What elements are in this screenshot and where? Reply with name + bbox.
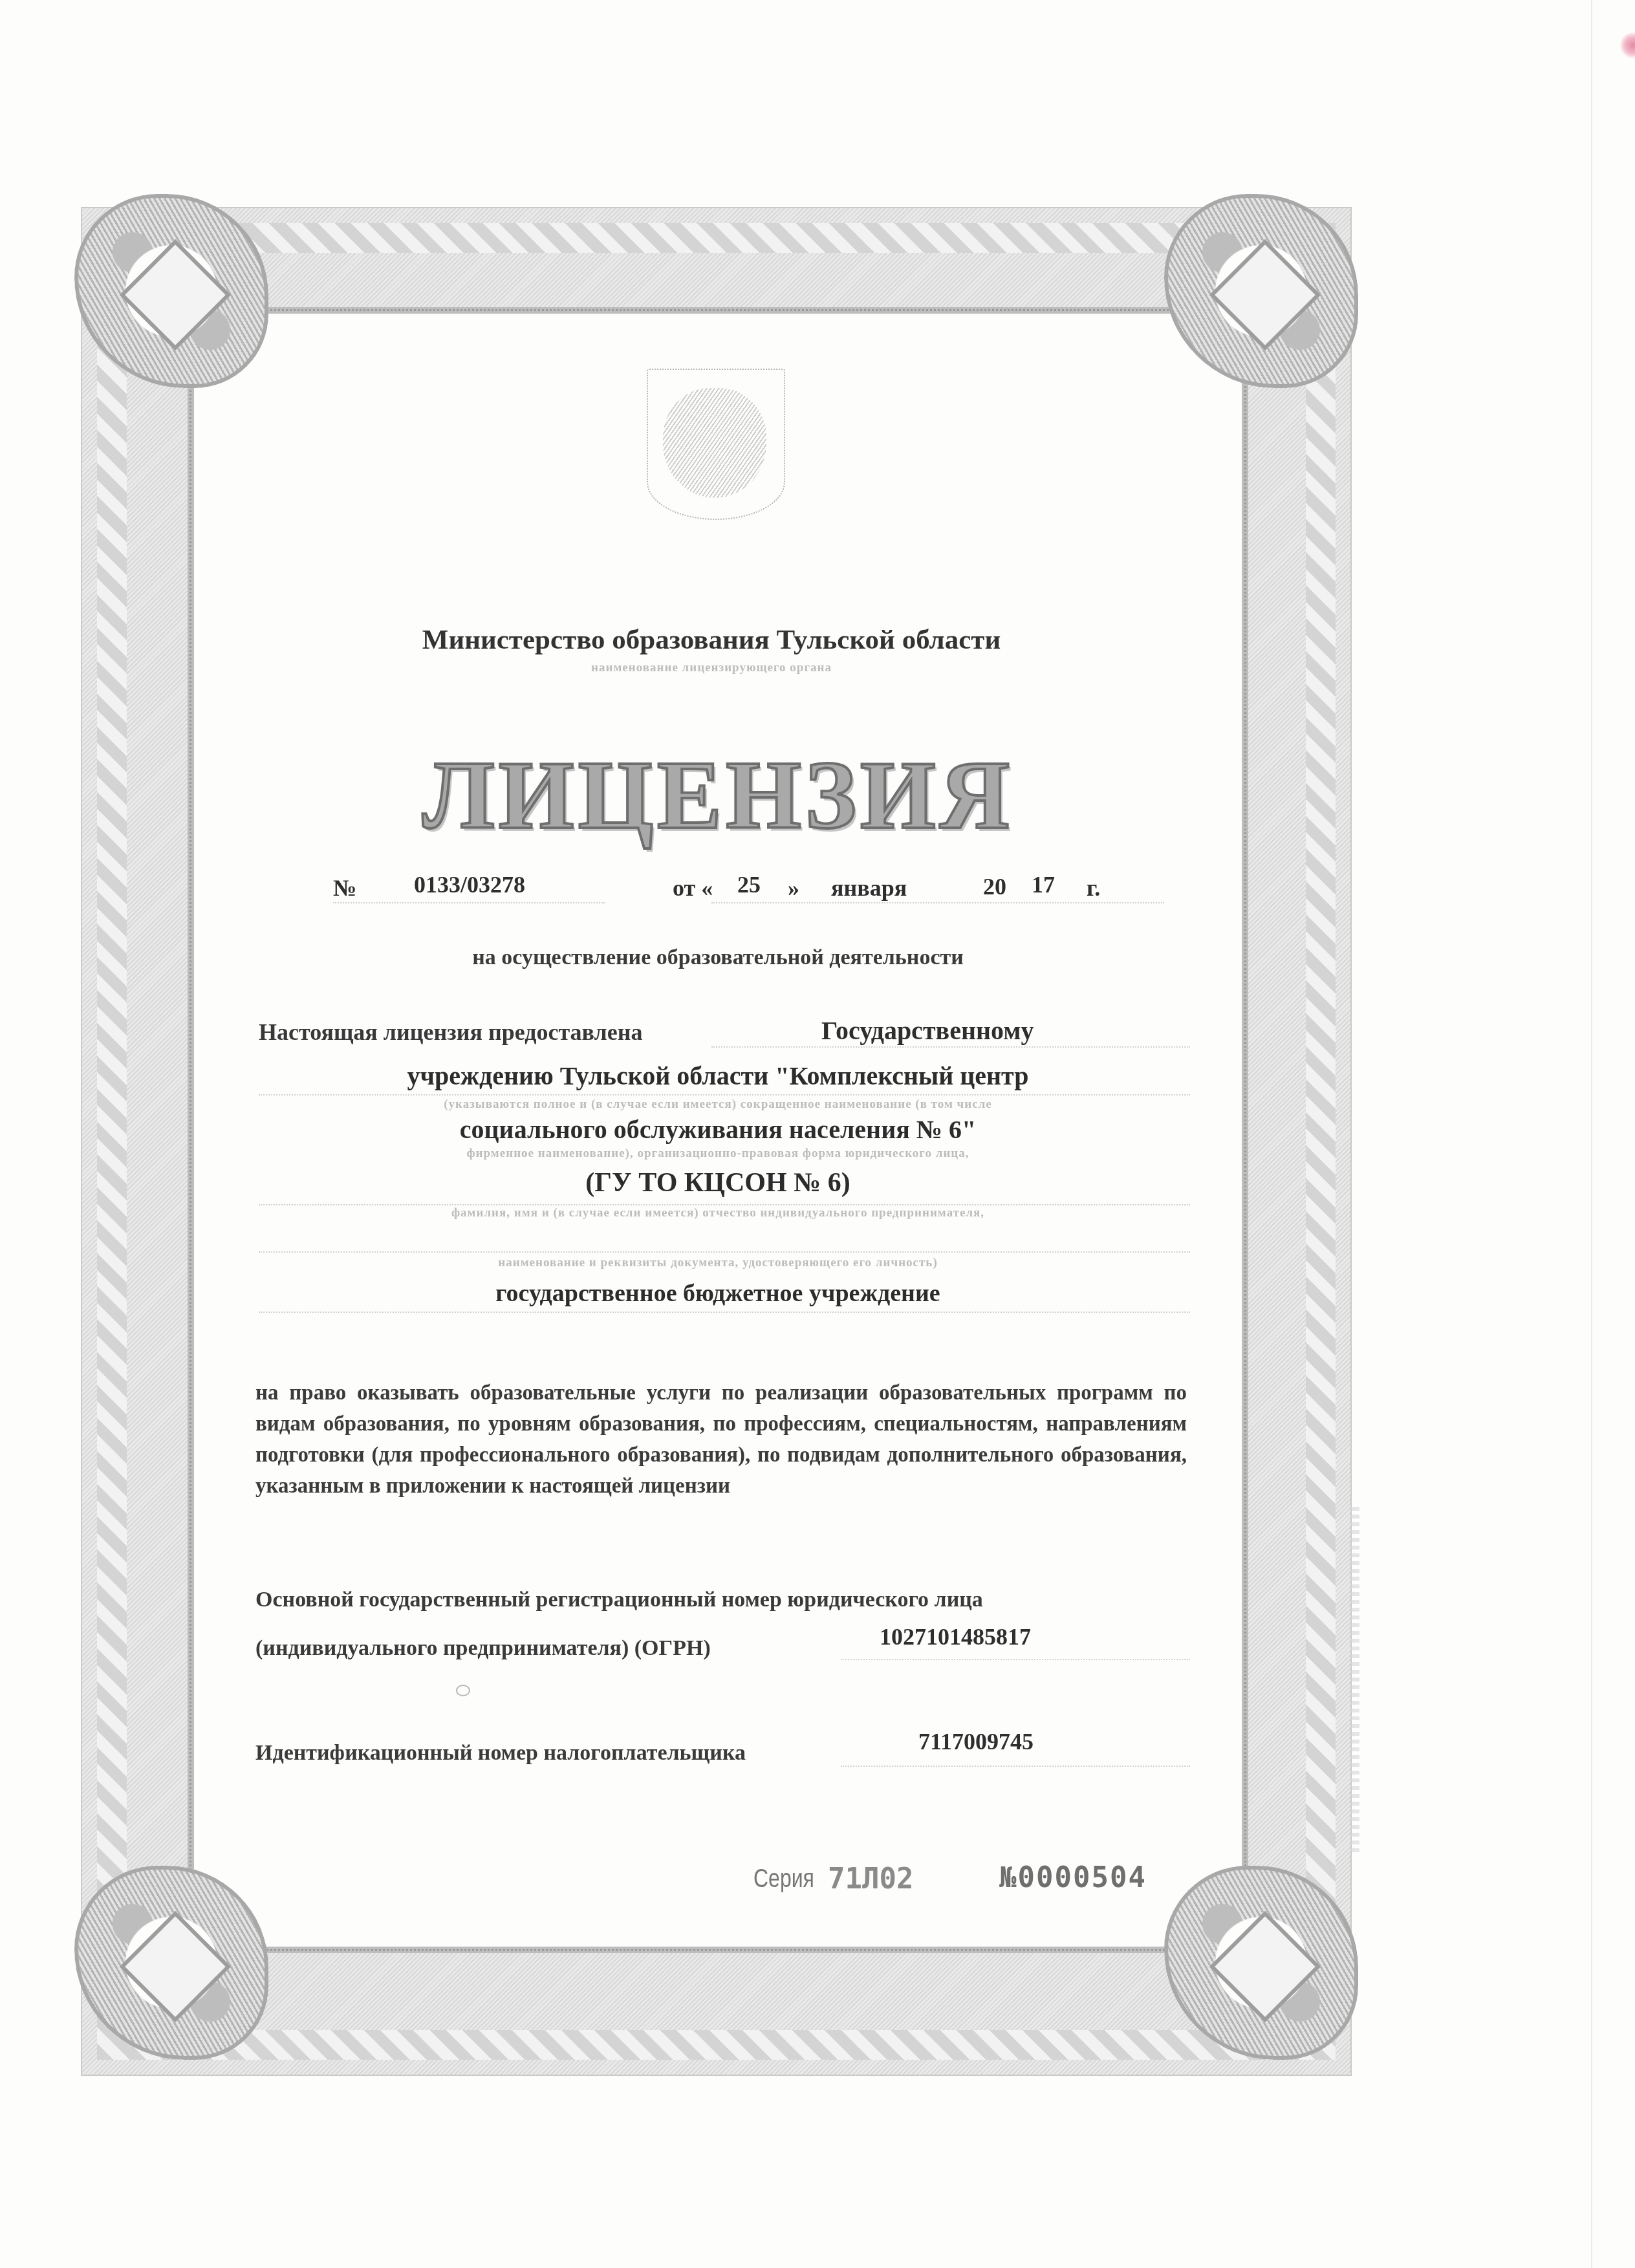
double-headed-eagle-icon (663, 388, 766, 498)
form-caption: наименование и реквизиты документа, удос… (246, 1256, 1190, 1270)
ogrn-value: 1027101485817 (880, 1623, 1031, 1650)
date-day: 25 (737, 871, 761, 898)
blank-series-value: 71Л02 (828, 1863, 913, 1895)
underline (841, 1659, 1190, 1660)
licensee-short-name: (ГУ ТО КЦСОН № 6) (246, 1167, 1190, 1198)
issuing-authority: Министерство образования Тульской област… (388, 624, 1035, 656)
form-caption: фирменное наименование), организационно-… (246, 1147, 1190, 1161)
ogrn-label-line-2: (индивидуального предпринимателя) (ОГРН) (255, 1636, 711, 1661)
licensee-name-line-1: Государственному (821, 1015, 1034, 1046)
form-caption: фамилия, имя и (в случае если имеется) о… (246, 1206, 1190, 1220)
underline (841, 1766, 1190, 1767)
license-rights-text: на право оказывать образовательные услуг… (255, 1377, 1187, 1502)
number-sign: № (333, 874, 356, 902)
inn-value: 7117009745 (918, 1728, 1034, 1755)
date-year-prefix: 20 (983, 873, 1006, 900)
date-quote-close: » (788, 874, 799, 902)
underline (259, 1094, 1190, 1096)
licensee-name-line-2: учреждению Тульской области "Комплексный… (246, 1061, 1190, 1091)
underline (711, 902, 1164, 903)
inn-label: Идентификационный номер налогоплательщик… (255, 1741, 746, 1766)
license-purpose: на осуществление образовательной деятель… (375, 945, 1061, 970)
underline (711, 1046, 1190, 1048)
issuing-authority-caption: наименование лицензирующего органа (388, 661, 1035, 675)
printer-imprint (1350, 1507, 1359, 1856)
licensee-legal-form: государственное бюджетное учреждение (246, 1279, 1190, 1308)
underline (259, 1251, 1190, 1253)
underline (259, 1204, 1190, 1205)
blank-number: №0000504 (999, 1861, 1147, 1894)
blank-series-label: Серия (753, 1864, 814, 1894)
form-caption: (указываются полное и (в случае если име… (246, 1097, 1190, 1112)
licensee-name-line-3: социального обслуживания населения № 6" (246, 1114, 1190, 1145)
underline (259, 1312, 1190, 1313)
date-from-label: от « (673, 874, 713, 902)
date-month: января (831, 874, 907, 902)
document-title: ЛИЦЕНЗИЯ (362, 747, 1074, 844)
ogrn-label-line-1: Основной государственный регистрационный… (255, 1588, 983, 1612)
license-number: 0133/03278 (414, 871, 525, 898)
ink-stain (456, 1685, 470, 1696)
date-year-suffix: 17 (1032, 871, 1055, 898)
granted-to-label: Настоящая лицензия предоставлена (259, 1019, 642, 1046)
date-year-unit: г. (1087, 874, 1100, 902)
underline (333, 902, 605, 903)
paper-edge (1591, 0, 1592, 2268)
ink-smudge (1620, 32, 1635, 58)
